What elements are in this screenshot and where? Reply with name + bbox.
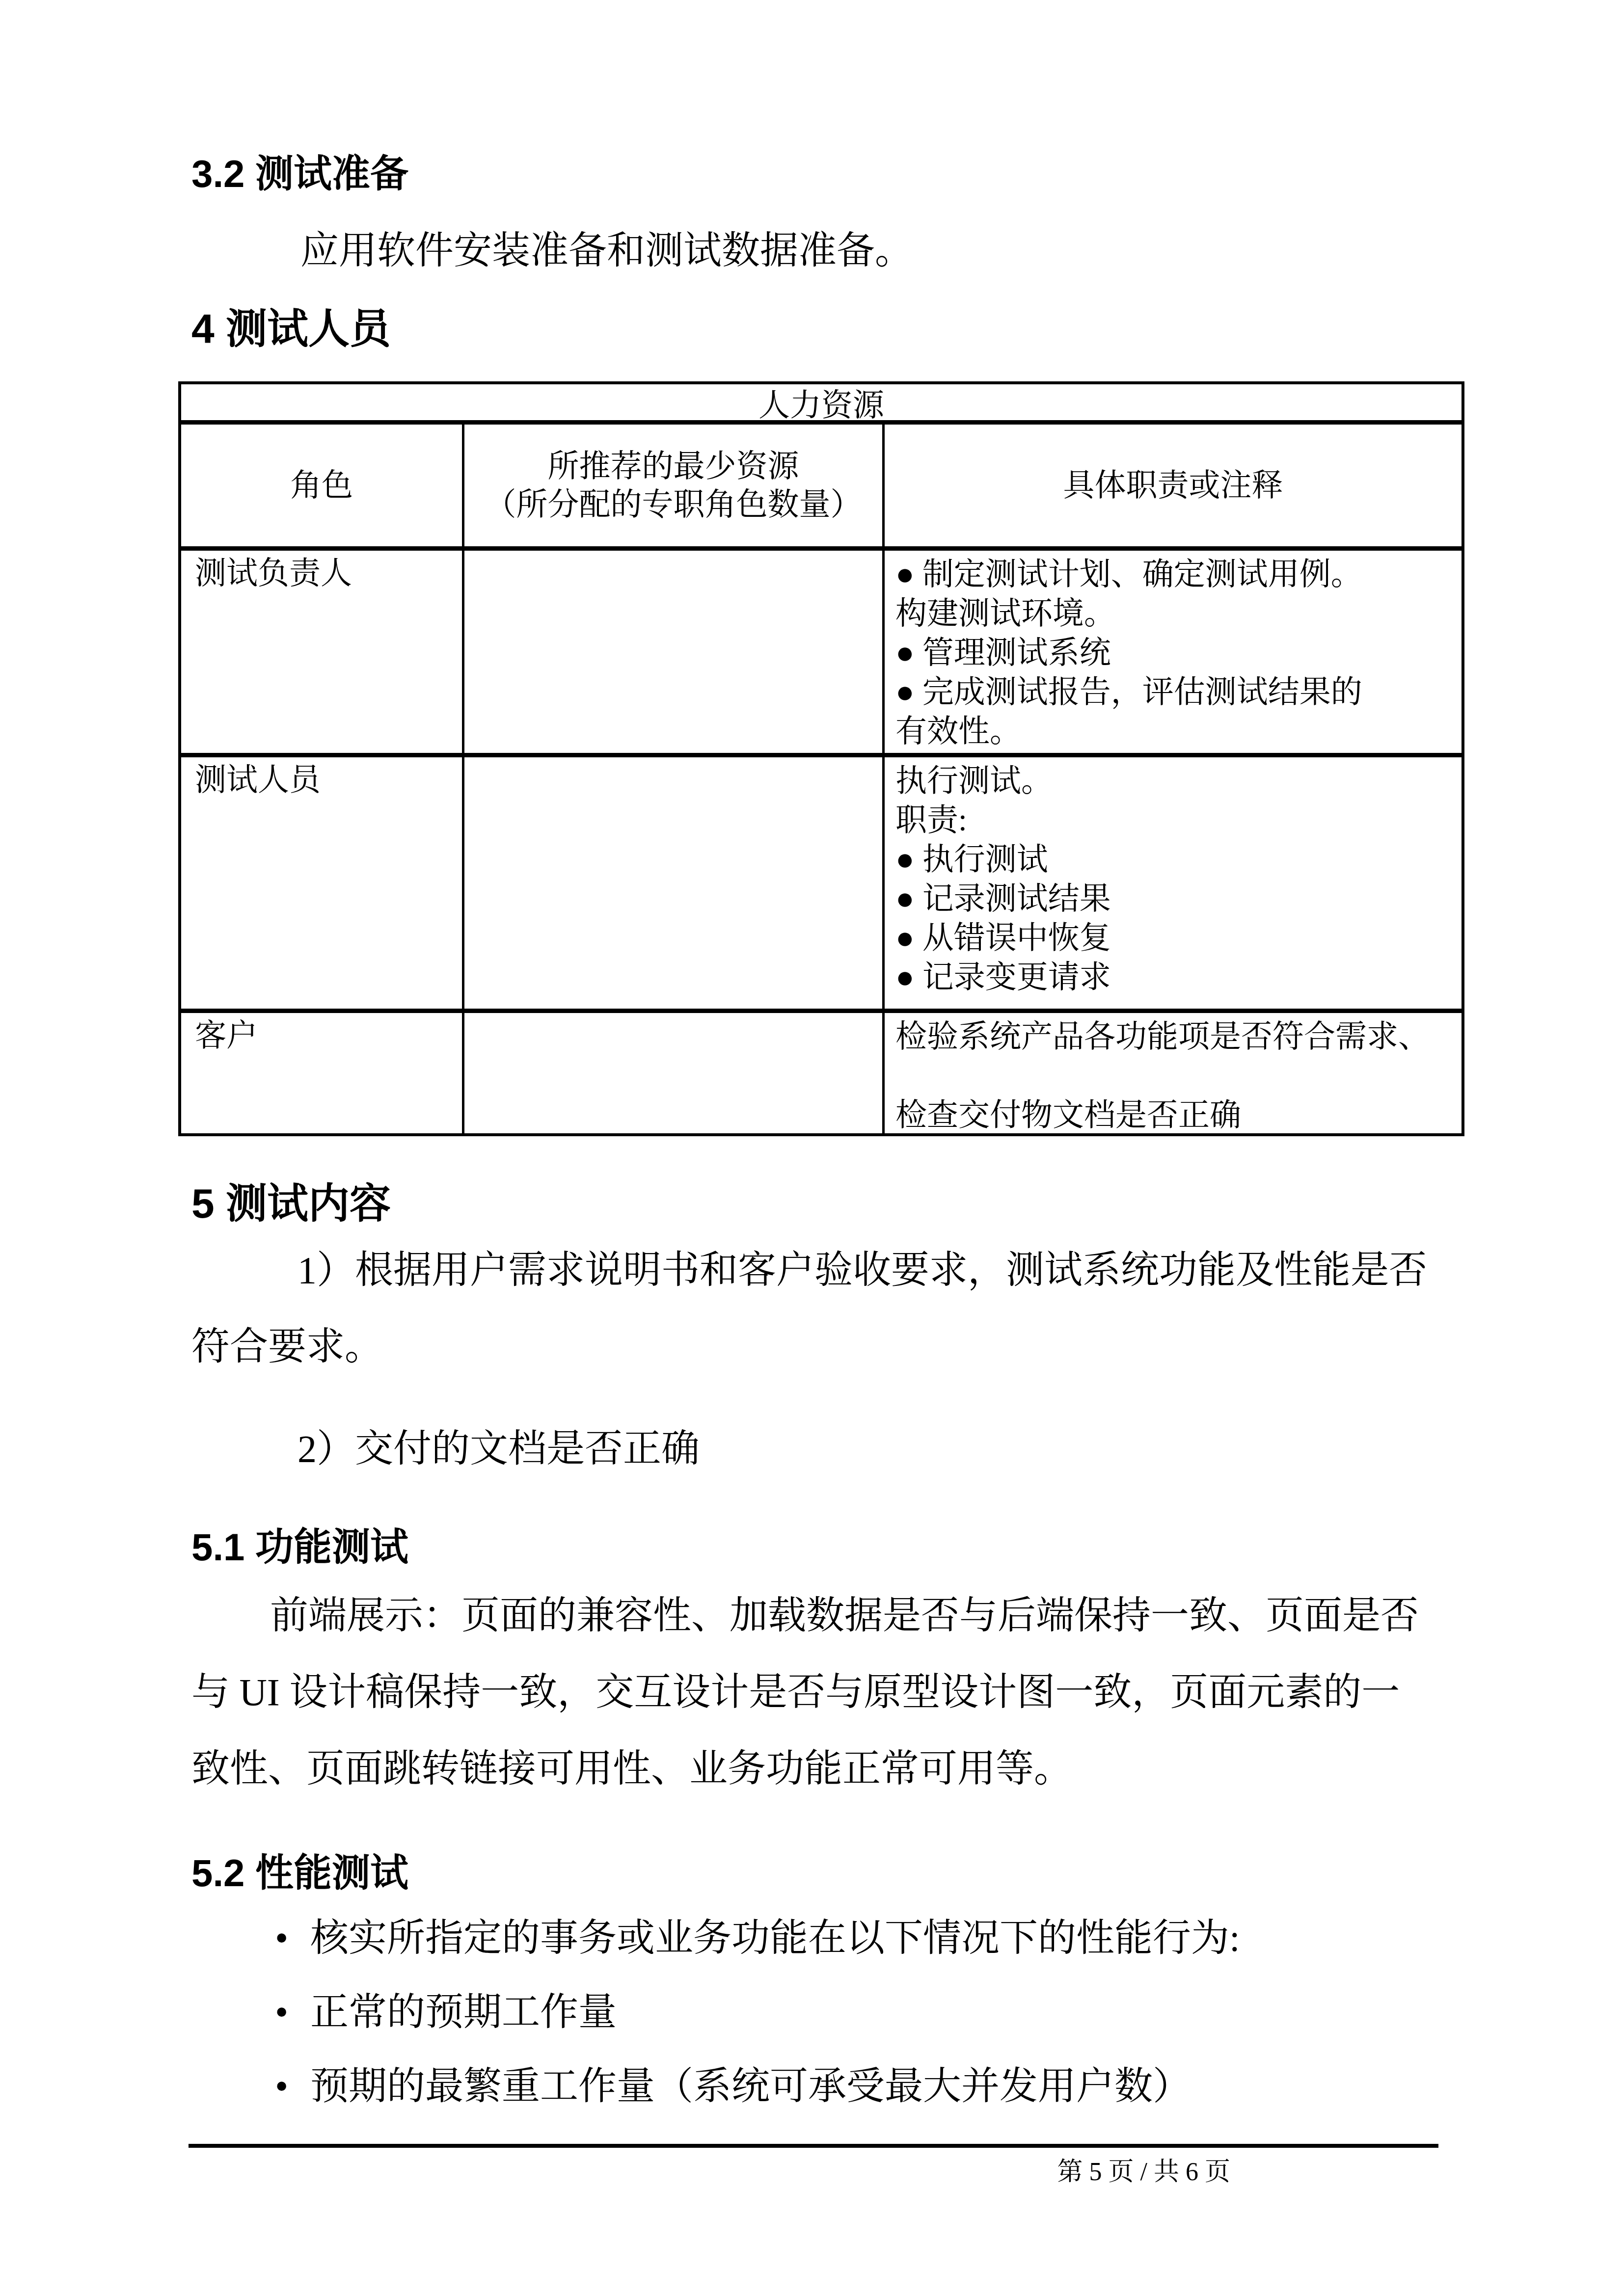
heading-4: 4 测试人员 xyxy=(191,305,391,353)
table-row-duty: ● 制定测试计划、确定测试用例。 构建测试环境。 ● 管理测试系统 ● 完成测试… xyxy=(885,551,1462,757)
column-header-role: 角色 xyxy=(181,425,464,551)
bullet-dot-icon: • xyxy=(275,2058,288,2114)
bullet-text: 核实所指定的事务或业务功能在以下情况下的性能行为: xyxy=(310,1917,1240,1959)
table-row-role: 测试人员 xyxy=(181,757,464,1013)
bullet-item: •正常的预期工作量 xyxy=(191,1984,1465,2040)
column-header-duty: 具体职责或注释 xyxy=(885,425,1462,551)
table-row-role: 客户 xyxy=(181,1013,464,1133)
list-item-1: 1）根据用户需求说明书和客户验收要求，测试系统功能及性能是否 符合要求。 xyxy=(191,1232,1465,1385)
table-row-duty: 执行测试。 职责: ● 执行测试 ● 记录测试结果 ● 从错误中恢复 ● 记录变… xyxy=(885,757,1462,1013)
table-row-resource xyxy=(464,757,885,1013)
table-row-role: 测试负责人 xyxy=(181,551,464,757)
heading-5-1: 5.1 功能测试 xyxy=(191,1525,408,1570)
heading-3-2: 3.2 测试准备 xyxy=(191,152,408,196)
list-item-2: 2）交付的文档是否正确 xyxy=(191,1411,1465,1487)
bullet-list: •核实所指定的事务或业务功能在以下情况下的性能行为: •正常的预期工作量 •预期… xyxy=(191,1910,1465,2133)
heading-5-2: 5.2 性能测试 xyxy=(191,1851,408,1896)
table-row-duty: 检验系统产品各功能项是否符合需求、 检查交付物文档是否正确 xyxy=(885,1013,1462,1133)
column-header-resource: 所推荐的最少资源 （所分配的专职角色数量） xyxy=(464,425,885,551)
paragraph-3-2: 应用软件安装准备和测试数据准备。 xyxy=(191,222,1465,279)
paragraph-5-1: 前端展示：页面的兼容性、加载数据是否与后端保持一致、页面是否 与 UI 设计稿保… xyxy=(191,1577,1465,1807)
bullet-text: 正常的预期工作量 xyxy=(310,1991,617,2033)
table-row-resource xyxy=(464,1013,885,1133)
page-number: 第 5 页 / 共 6 页 xyxy=(189,2157,1438,2188)
bullet-text: 预期的最繁重工作量（系统可承受最大并发用户数） xyxy=(310,2065,1191,2108)
bullet-item: •核实所指定的事务或业务功能在以下情况下的性能行为: xyxy=(191,1910,1465,1966)
bullet-dot-icon: • xyxy=(275,1984,288,2040)
bullet-item: •预期的最繁重工作量（系统可承受最大并发用户数） xyxy=(191,2058,1465,2114)
document-page: 3.2 测试准备 应用软件安装准备和测试数据准备。 4 测试人员 人力资源 角色… xyxy=(0,0,1624,2296)
bullet-dot-icon: • xyxy=(275,1910,288,1966)
footer-divider xyxy=(189,2144,1438,2148)
table-title: 人力资源 xyxy=(181,384,1462,425)
staff-table: 人力资源 角色 所推荐的最少资源 （所分配的专职角色数量） 具体职责或注释 测试… xyxy=(178,381,1464,1136)
heading-5: 5 测试内容 xyxy=(191,1180,391,1228)
table-row-resource xyxy=(464,551,885,757)
